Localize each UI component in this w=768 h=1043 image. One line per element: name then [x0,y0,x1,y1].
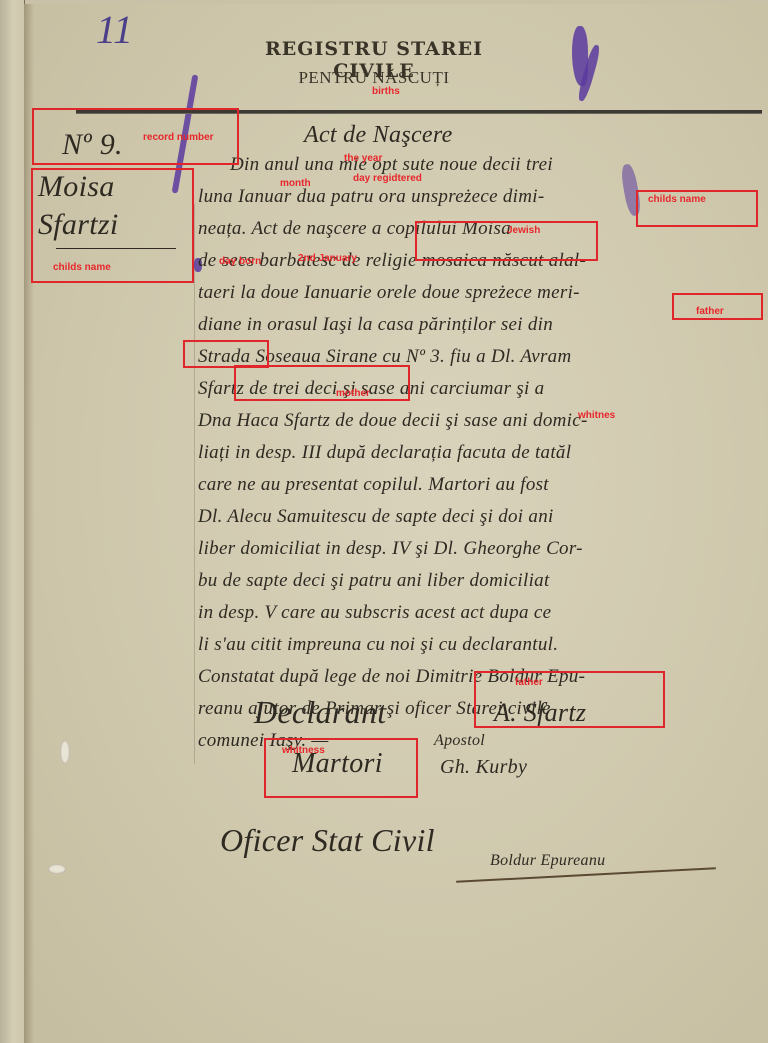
body-line-12: Dl. Alecu Samuitescu de sapte deci şi do… [198,506,554,528]
body-line-15: in desp. V care au subscris acest act du… [198,602,551,624]
previous-page-edge [0,0,25,1043]
annotation-label-month: month [280,178,311,189]
annotation-box-declarant-signature [474,671,665,728]
witness-1-signature: Apostol [434,732,485,750]
margin-mark: 11 [96,6,133,53]
margin-line [194,204,195,764]
annotation-label-jewish: Jewish [507,225,540,236]
annotation-box-father-surname [183,340,269,368]
annotation-label-witnesses: whitnes [578,410,615,421]
annotation-label-mother: mother [336,388,370,399]
annotation-label-record-number: record number [143,132,214,143]
annotation-label-day-registered: day regidtered [353,173,422,184]
body-line-11: care ne au presentat copilul. Martori au… [198,474,549,496]
paper-hole [60,740,70,764]
witness-2-signature: Gh. Kurby [440,756,527,779]
annotation-box-mother [234,365,410,401]
officer-label: Oficer Stat Civil [220,822,435,859]
annotation-label-births: births [372,86,400,97]
annotation-label-the-year: the year [344,153,382,164]
body-line-10: liați in desp. III după declarația facut… [198,442,571,464]
body-line-9: Dna Haca Sfartz de doue decii şi sase an… [198,410,588,432]
annotation-label-witness: whitness [282,745,325,756]
annotation-label-father: father [696,306,724,317]
annotation-label-declarant-father: father [515,677,543,688]
annotation-label-day-born: day born [219,256,261,267]
body-line-2: luna Ianuar dua patru ora unspreżece dim… [198,186,544,208]
annotation-label-childs-name: childs name [53,262,111,273]
paper-tear [48,864,66,874]
act-title: Act de Naşcere [304,122,453,149]
body-line-5: taeri la doue Ianuarie orele doue spreże… [198,282,580,304]
body-line-6: diane in orasul Iaşi la casa părinților … [198,314,553,336]
annotation-label-childs-name-inline: childs name [648,194,706,205]
officer-signature: Boldur Epureanu [490,852,605,870]
register-subtitle: PENTRU NĂSCUȚI [254,68,494,88]
body-line-14: bu de sapte deci şi patru ani liber domi… [198,570,550,592]
annotation-label-2nd-january: 2nd January [298,253,357,264]
body-line-13: liber domiciliat in desp. IV şi Dl. Gheo… [198,538,583,560]
declarant-label: Declarant [254,694,386,731]
body-line-16: li s'au citit impreuna cu noi şi cu decl… [198,634,558,656]
